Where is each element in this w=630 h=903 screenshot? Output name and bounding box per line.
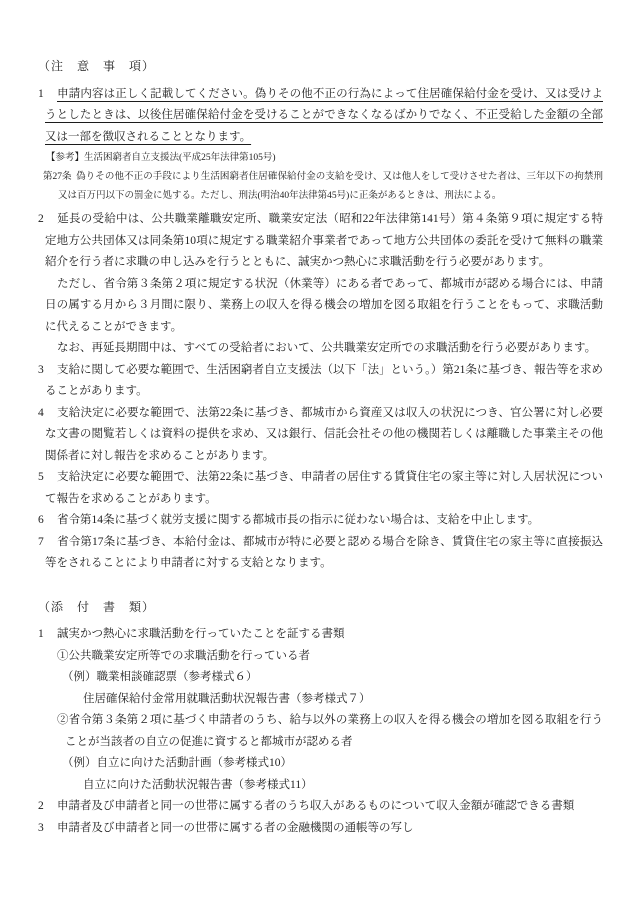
attachment-item-3: 3申請者及び申請者と同一の世帯に属する者の金融機関の通帳等の写し — [38, 818, 603, 840]
note-item-7-number: 7 — [38, 532, 57, 554]
reference-block: 【参考】生活困窮者自立支援法(平成25年法律第105号) 第27条偽りその他不正… — [38, 149, 603, 206]
reference-article: 第27条偽りその他不正の手段により生活困窮者住居確保給付金の支給を受け、又は他人… — [38, 168, 603, 206]
note-item-6-text: 省令第14条に基づく就労支援に関する都城市長の指示に従わない場合は、支給を中止し… — [57, 514, 539, 526]
attachments-heading: （添 付 書 類） — [38, 597, 603, 619]
attachment-item-1-text: 誠実かつ熱心に求職活動を行っていたことを証する書類 — [57, 628, 345, 640]
document-page: （注 意 事 項） 1申請内容は正しく記載してください。偽りその他不正の行為によ… — [0, 0, 630, 903]
note-item-4-number: 4 — [38, 403, 57, 425]
note-item-6-number: 6 — [38, 510, 57, 532]
note-item-5: 5支給決定に必要な範囲で、法第22条に基づき、申請者の居住する賃貸住宅の家主等に… — [38, 467, 603, 510]
attachment-item-1-example1-line2: 住居確保給付金常用就職活動状況報告書（参考様式７） — [38, 689, 603, 711]
attachment-item-1-sub-circle2: ②省令第３条第２項に基づく申請者のうち、給与以外の業務上の収入を得る機会の増加を… — [38, 710, 603, 753]
note-item-7-text: 省令第17条に基づき、本給付金は、都城市が特に必要と認める場合を除き、賃貸住宅の… — [45, 536, 603, 570]
note-item-2-para-nao: なお、再延長期間中は、すべての受給者において、公共職業安定所での求職活動を行う必… — [38, 338, 603, 360]
reference-title: 【参考】生活困窮者自立支援法(平成25年法律第105号) — [38, 149, 603, 168]
attachment-item-3-text: 申請者及び申請者と同一の世帯に属する者の金融機関の通帳等の写し — [57, 822, 414, 834]
note-item-2-para-tadashi: ただし、省令第３条第２項に規定する状況（休業等）にある者であって、都城市が認める… — [38, 274, 603, 339]
attachment-item-1: 1誠実かつ熱心に求職活動を行っていたことを証する書類 — [38, 624, 603, 646]
note-item-2-text: 延長の受給中は、公共職業離職安定所、職業安定法（昭和22年法律第141号）第４条… — [45, 213, 603, 268]
attachment-item-2-number: 2 — [38, 796, 57, 818]
note-item-5-number: 5 — [38, 467, 57, 489]
attachments-section: （添 付 書 類） 1誠実かつ熱心に求職活動を行っていたことを証する書類 ①公共… — [38, 597, 603, 840]
note-item-3-number: 3 — [38, 360, 57, 382]
note-item-2: 2延長の受給中は、公共職業離職安定所、職業安定法（昭和22年法律第141号）第４… — [38, 209, 603, 274]
note-item-6: 6省令第14条に基づく就労支援に関する都城市長の指示に従わない場合は、支給を中止… — [38, 510, 603, 532]
attachment-item-3-number: 3 — [38, 818, 57, 840]
note-item-3: 3支給に関して必要な範囲で、生活困窮者自立支援法（以下「法」という。）第21条に… — [38, 360, 603, 403]
note-item-2-number: 2 — [38, 209, 57, 231]
note-item-3-text: 支給に関して必要な範囲で、生活困窮者自立支援法（以下「法」という。）第21条に基… — [45, 364, 603, 398]
note-item-4-text: 支給決定に必要な範囲で、法第22条に基づき、都城市から資産又は収入の状況につき、… — [45, 407, 603, 462]
reference-article-number: 第27条 — [43, 168, 76, 187]
note-item-4: 4支給決定に必要な範囲で、法第22条に基づき、都城市から資産又は収入の状況につき… — [38, 403, 603, 468]
attachment-item-1-example2-line2: 自立に向けた活動状況報告書（参考様式11） — [38, 775, 603, 797]
attachment-item-1-example2-line1: （例）自立に向けた活動計画（参考様式10） — [38, 753, 603, 775]
note-item-1-text: 申請内容は正しく記載してください。偽りその他不正の行為によって住居確保給付金を受… — [45, 88, 603, 143]
attachment-item-2: 2申請者及び申請者と同一の世帯に属する者のうち収入があるものについて収入金額が確… — [38, 796, 603, 818]
note-item-1-number: 1 — [38, 84, 57, 106]
document-body: （注 意 事 項） 1申請内容は正しく記載してください。偽りその他不正の行為によ… — [38, 56, 603, 839]
attachment-item-1-sub-circle1: ①公共職業安定所等での求職活動を行っている者 — [38, 646, 603, 668]
notes-heading: （注 意 事 項） — [38, 56, 603, 78]
note-item-1: 1申請内容は正しく記載してください。偽りその他不正の行為によって住居確保給付金を… — [38, 84, 603, 149]
note-item-7: 7省令第17条に基づき、本給付金は、都城市が特に必要と認める場合を除き、賃貸住宅… — [38, 532, 603, 575]
attachment-item-2-text: 申請者及び申請者と同一の世帯に属する者のうち収入があるものについて収入金額が確認… — [57, 800, 574, 812]
reference-article-text: 偽りその他不正の手段により生活困窮者住居確保給付金の支給を受け、又は他人をして受… — [58, 172, 603, 201]
attachment-item-1-example1-line1: （例）職業相談確認票（参考様式６） — [38, 667, 603, 689]
attachment-item-1-number: 1 — [38, 624, 57, 646]
note-item-5-text: 支給決定に必要な範囲で、法第22条に基づき、申請者の居住する賃貸住宅の家主等に対… — [45, 471, 603, 505]
